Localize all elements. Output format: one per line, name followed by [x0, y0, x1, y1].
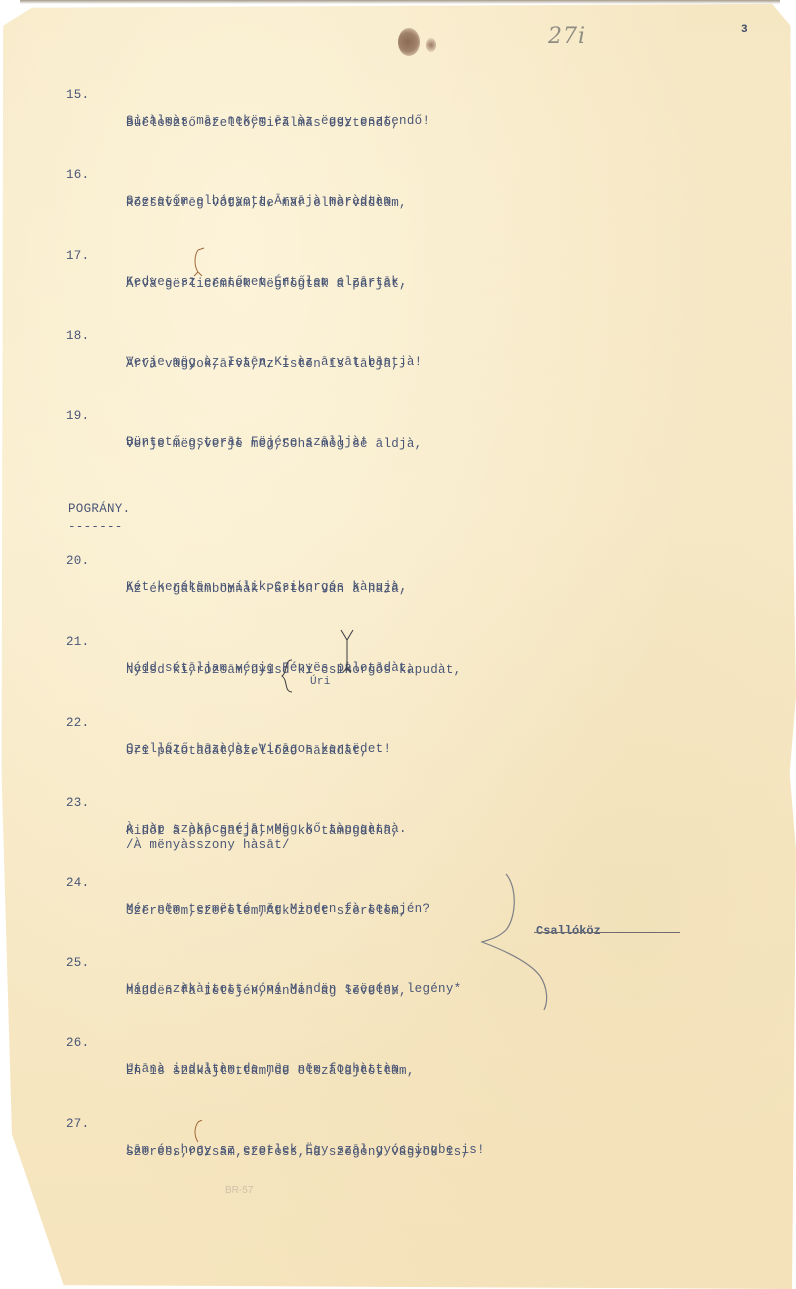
stanza-26: 26. Én is szàkàjtottàm,de elszàlàjtottàm…: [66, 1036, 82, 1092]
page-top-edge-shadow: [20, 0, 780, 4]
verse-line: Kedves sz eretőmet Éntőlem elzārtāk.: [126, 275, 407, 289]
stanza-15: 15. Búélesztő szellő,Siràlmàs esztendő, …: [66, 88, 82, 144]
pencil-correction-mark-icon: [337, 628, 357, 698]
verse-line: Lām én,hogy sz eretlek Ëgy szāl gyócsing…: [126, 1143, 485, 1157]
verse-line: Hádd sétāljam végig Fényës pàlotādàt,: [126, 661, 415, 675]
verse-line: Mér nëm termëtté mëg Minden fà tetején?: [126, 902, 430, 916]
pencil-insert-mark-icon: [190, 1120, 210, 1160]
typed-page-number: 3: [741, 24, 748, 36]
handwritten-folio-number: 27i: [548, 24, 586, 49]
stanza-20: 20. Àz én gàlàmbomnàk Párton vàn à hāzà,…: [66, 554, 82, 610]
section-heading-underline: -------: [68, 520, 123, 534]
stanza-23: 23. Kidőt à pàp gātjà,Mëg kő tāmogàtnà, …: [66, 796, 82, 866]
stanza-17: 17. Ārvà gërlicémnek Mëgfogtāk á pārjāt,…: [66, 249, 82, 305]
verse-line: Utānà indultàm,de mëg nëm foghàttàm.: [126, 1062, 407, 1076]
stanza-27: 27. Szeress,rózsām,szeress,hà szëgény vá…: [66, 1117, 82, 1173]
verse-line: À pàp szàkācsnéjāt Mëg kő tàpogàtnà.: [126, 822, 407, 836]
verse-line: Hágd szàkàjtott vóná Mindën szëgény legé…: [126, 982, 461, 996]
stanza-16: 16. Rózsàvirēg vótàm,de mār elhërvàdtàm,…: [66, 168, 82, 224]
pencil-insert-mark-icon: [190, 246, 210, 286]
verse-line: Két kerékën nyílik Csikorgós kàpujà.: [126, 580, 407, 594]
stanza-25: 25. Mindën fà tetején,Mindën āg levelén,…: [66, 956, 82, 1012]
verse-line: Siràlmàs mār nekëm ēz àz ëggy esztendő!: [126, 114, 430, 128]
interlinear-correction: Úri: [310, 676, 331, 688]
stanza-number: 24.: [66, 876, 116, 890]
verse-line: Büntető ostorāt Fëjére szālljà!: [126, 435, 368, 449]
stanza-number: 23.: [66, 796, 116, 810]
stanza-number: 16.: [66, 168, 116, 182]
stanza-24: 24. Szerelëm,szerelëm,Átkozott szerelëm,…: [66, 876, 82, 932]
stanza-number: 15.: [66, 88, 116, 102]
stanza-number: 27.: [66, 1117, 116, 1131]
stanza-number: 21.: [66, 635, 116, 649]
section-heading: POGRÁNY.: [68, 502, 130, 516]
strikethrough-line: [534, 932, 680, 933]
stanza-number: 17.: [66, 249, 116, 263]
stanza-number: 22.: [66, 716, 116, 730]
ink-stain-small: [426, 38, 436, 52]
archive-stamp: BR-57: [225, 1185, 253, 1196]
stanza-number: 20.: [66, 554, 116, 568]
stanza-19: 19. Verje mëg,verje mëg,Sohá mëg së āldj…: [66, 409, 82, 465]
curly-brace-mark-icon: [278, 658, 296, 698]
stanza-number: 25.: [66, 956, 116, 970]
stanza-18: 18. Ārvà vàgyok,ārvà,Az Istēn is lātjà,-…: [66, 329, 82, 385]
verse-annotation: /À mënyàsszony hàsāt/: [126, 838, 290, 852]
stanza-number: 18.: [66, 329, 116, 343]
verse-line: Szellőző hāzàdàt,Virāgos kertëdet!: [126, 742, 391, 756]
marginal-note-struck: Csallóköz: [536, 924, 601, 938]
stanza-number: 26.: [66, 1036, 116, 1050]
pencil-brace-icon: [478, 868, 558, 1018]
verse-line: Szeretőm elhágyott,Ārvājà màràdtàm.: [126, 194, 399, 208]
verse-line: Verje mëg àz Istēn,Ki àz ārvāt bāntjà!: [126, 355, 422, 369]
stanza-22: 22. Úri pàlotādàt,Szellőző hāzàdàt, Szel…: [66, 716, 82, 772]
stanza-number: 19.: [66, 409, 116, 423]
stanza-21: 21. Nyisd ki,rózsām,nyisd ki csikorgós k…: [66, 635, 82, 705]
ink-stain: [398, 28, 420, 56]
